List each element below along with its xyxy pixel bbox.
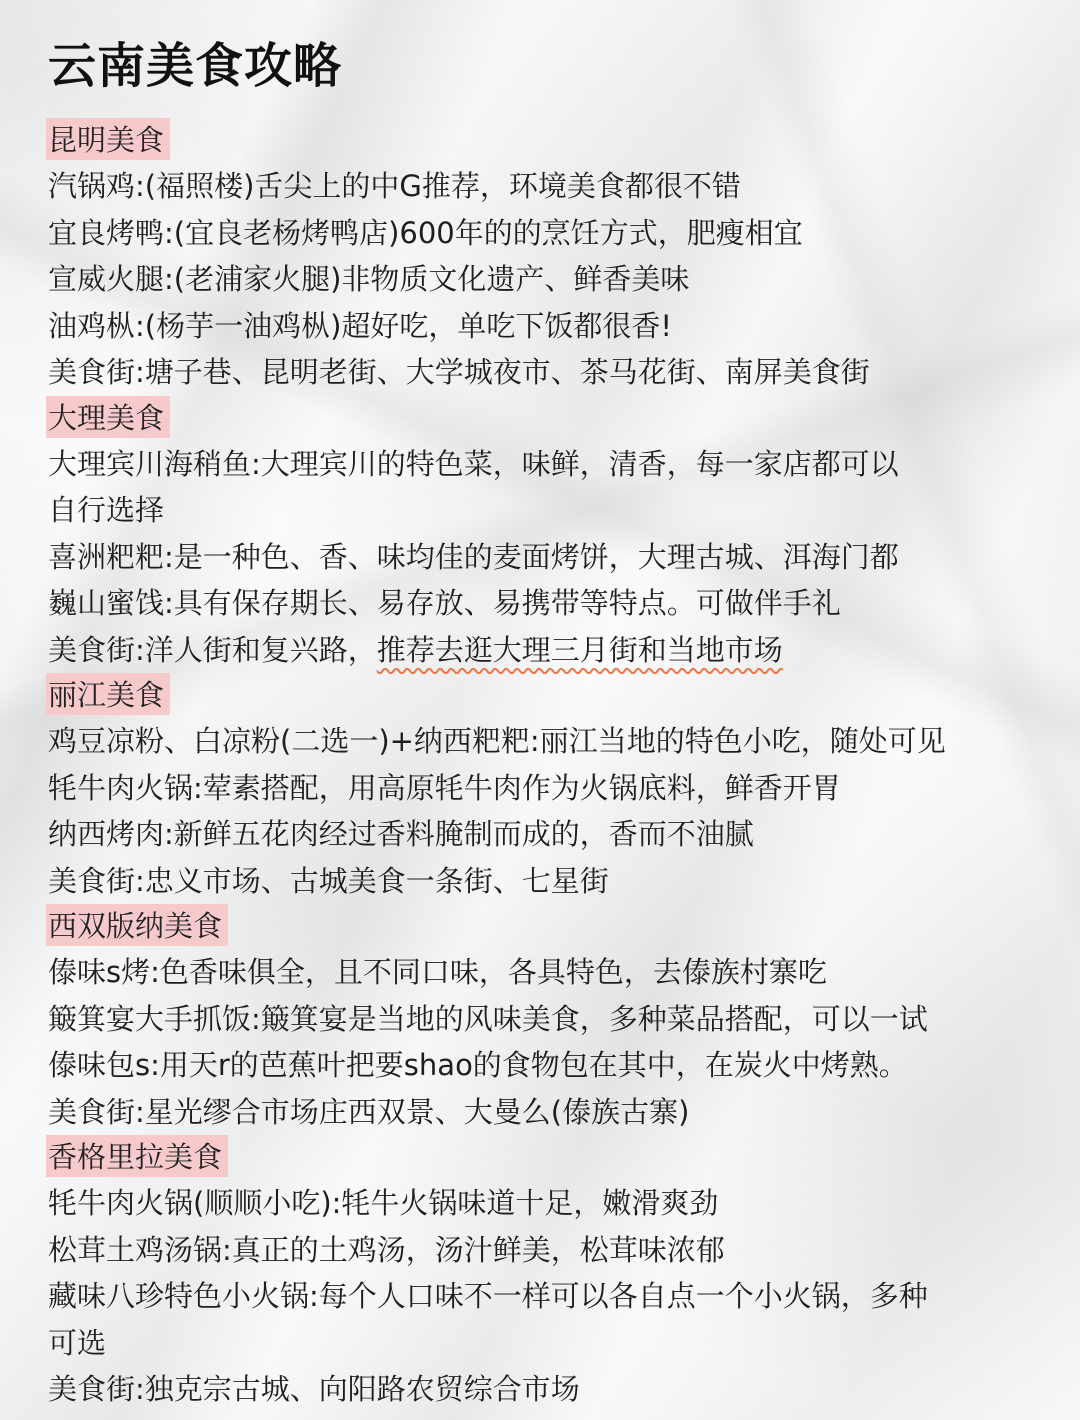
- list-item: 美食街:塘子巷、昆明老街、大学城夜市、茶马花街、南屏美食街: [48, 349, 1056, 396]
- section-shangrila: 香格里拉美食 牦牛肉火锅(顺顺小吃):牦牛火锅味道十足，嫩滑爽劲 松茸土鸡汤锅:…: [46, 1135, 1056, 1413]
- list-item: 巍山蜜饯:具有保存期长、易存放、易携带等特点。可做伴手礼: [48, 580, 1056, 627]
- list-item-text: 美食街:洋人街和复兴路，: [48, 633, 377, 667]
- section-dali: 大理美食 大理宾川海稍鱼:大理宾川的特色菜，味鲜，清香，每一家店都可以 自行选择…: [46, 396, 1056, 674]
- list-item: 松茸土鸡汤锅:真正的土鸡汤，汤汁鲜美，松茸味浓郁: [48, 1227, 1056, 1274]
- list-item: 油鸡枞:(杨芋一油鸡枞)超好吃，单吃下饭都很香!: [48, 303, 1056, 350]
- list-item: 牦牛肉火锅:荤素搭配，用高原牦牛肉作为火锅底料，鲜香开胃: [48, 765, 1056, 812]
- section-header-xishuangbanna: 西双版纳美食: [46, 904, 228, 946]
- list-item: 大理宾川海稍鱼:大理宾川的特色菜，味鲜，清香，每一家店都可以: [48, 441, 1056, 488]
- section-header-shangrila: 香格里拉美食: [46, 1135, 228, 1177]
- list-item: 美食街:独克宗古城、向阳路农贸综合市场: [48, 1366, 1056, 1413]
- list-item: 汽锅鸡:(福照楼)舌尖上的中G推荐，环境美食都很不错: [48, 163, 1056, 210]
- section-kunming: 昆明美食 汽锅鸡:(福照楼)舌尖上的中G推荐，环境美食都很不错 宜良烤鸭:(宜良…: [46, 118, 1056, 396]
- list-item: 喜洲粑粑:是一种色、香、味均佳的麦面烤饼，大理古城、洱海门都: [48, 534, 1056, 581]
- list-item: 宜良烤鸭:(宜良老杨烤鸭店)600年的的烹饪方式，肥瘦相宜: [48, 210, 1056, 257]
- list-item: 美食街:星光缪合市场庄西双景、大曼么(傣族古寨): [48, 1089, 1056, 1136]
- list-item: 美食街:洋人街和复兴路，推荐去逛大理三月街和当地市场: [48, 627, 1056, 674]
- wavy-underlined-text: 推荐去逛大理三月街和当地市场: [377, 633, 783, 667]
- list-item: 自行选择: [48, 487, 1056, 534]
- section-header-lijiang: 丽江美食: [46, 673, 170, 715]
- list-item: 可选: [48, 1320, 1056, 1367]
- section-header-kunming: 昆明美食: [46, 118, 170, 160]
- list-item: 簸箕宴大手抓饭:簸箕宴是当地的风味美食，多种菜品搭配，可以一试: [48, 996, 1056, 1043]
- food-guide-document: 云南美食攻略 昆明美食 汽锅鸡:(福照楼)舌尖上的中G推荐，环境美食都很不错 宜…: [46, 34, 1056, 1413]
- list-item: 美食街:忠义市场、古城美食一条街、七星街: [48, 858, 1056, 905]
- list-item: 牦牛肉火锅(顺顺小吃):牦牛火锅味道十足，嫩滑爽劲: [48, 1180, 1056, 1227]
- list-item: 纳西烤肉:新鲜五花肉经过香料腌制而成的，香而不油腻: [48, 811, 1056, 858]
- list-item: 鸡豆凉粉、白凉粉(二选一)+纳西粑粑:丽江当地的特色小吃，随处可见: [48, 718, 1056, 765]
- list-item: 宣威火腿:(老浦家火腿)非物质文化遗产、鲜香美味: [48, 256, 1056, 303]
- page-title: 云南美食攻略: [48, 34, 1056, 98]
- section-xishuangbanna: 西双版纳美食 傣味s烤:色香味俱全，且不同口味，各具特色，去傣族村寨吃 簸箕宴大…: [46, 904, 1056, 1135]
- list-item: 藏味八珍特色小火锅:每个人口味不一样可以各自点一个小火锅，多种: [48, 1273, 1056, 1320]
- section-lijiang: 丽江美食 鸡豆凉粉、白凉粉(二选一)+纳西粑粑:丽江当地的特色小吃，随处可见 牦…: [46, 673, 1056, 904]
- list-item: 傣味包s:用天r的芭蕉叶把要shao的食物包在其中，在炭火中烤熟。: [48, 1042, 1056, 1089]
- list-item: 傣味s烤:色香味俱全，且不同口味，各具特色，去傣族村寨吃: [48, 949, 1056, 996]
- section-header-dali: 大理美食: [46, 396, 170, 438]
